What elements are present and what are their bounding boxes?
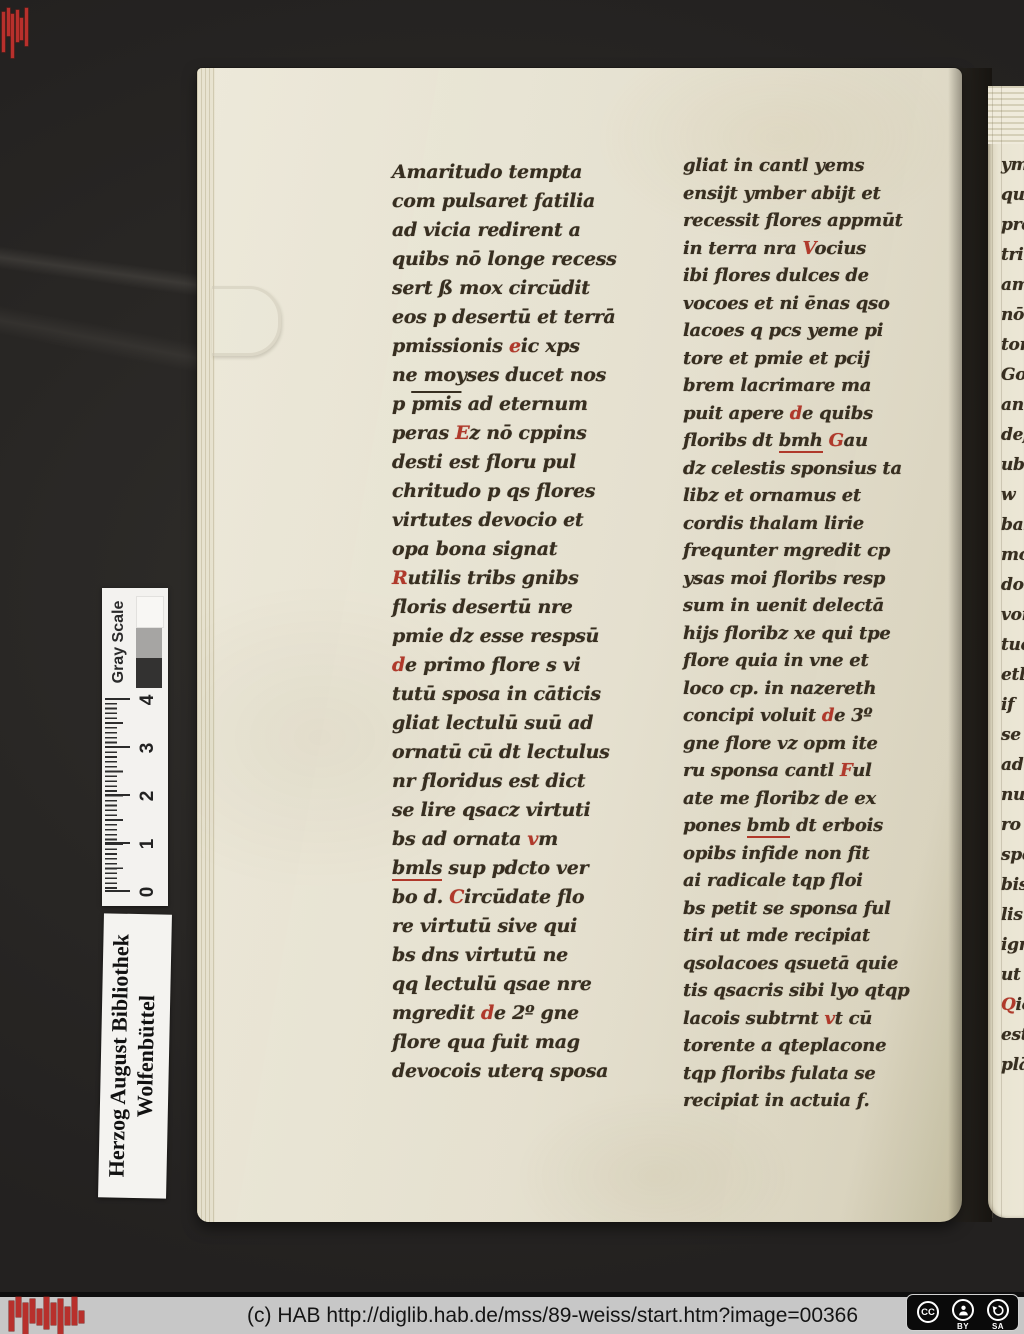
red-underlined-word: bmh bbox=[779, 430, 823, 453]
manuscript-line: bs dns virtutū ne bbox=[392, 941, 664, 970]
manuscript-line: in terra nra Vocius bbox=[683, 235, 955, 263]
manuscript-line: lis bbox=[1001, 900, 1024, 930]
ink-text: tore et pmie et pcij bbox=[683, 348, 870, 369]
ink-text: nō tu bbox=[1001, 305, 1024, 325]
ink-text: com pulsaret fatilia bbox=[392, 190, 595, 212]
gray-scale-patch bbox=[136, 596, 164, 628]
calibration-bar bbox=[2, 12, 5, 52]
manuscript-line: loco cp. in nazereth bbox=[683, 675, 955, 703]
ink-text: qua bbox=[1001, 185, 1024, 205]
ink-text: tqp floribs fulata se bbox=[683, 1063, 876, 1084]
manuscript-line: p pmis ad eternum bbox=[392, 390, 664, 419]
manuscript-line: se lire qsacz virtuti bbox=[392, 796, 664, 825]
manuscript-line: spe bbox=[1001, 840, 1024, 870]
manuscript-line: vocoes et ni ēnas qso bbox=[683, 290, 955, 318]
ink-text: lacois subtrnt bbox=[683, 1008, 824, 1029]
rubric-text: e bbox=[509, 335, 521, 357]
calibration-bar bbox=[44, 1297, 49, 1329]
ink-text: igni bbox=[1001, 935, 1024, 955]
ruler-major-tick bbox=[105, 890, 130, 892]
ruler-number: 2 bbox=[138, 786, 158, 806]
ink-text: ru sponsa cantl bbox=[683, 760, 840, 781]
manuscript-line: est i bbox=[1001, 1020, 1024, 1050]
ink-text: quibs nō longe recess bbox=[392, 248, 617, 270]
calibration-bar bbox=[58, 1299, 63, 1334]
manuscript-line: bmls sup pdcto ver bbox=[392, 854, 664, 883]
ink-text: God bbox=[1001, 365, 1024, 385]
ink-text: bis bbox=[1001, 875, 1024, 895]
manuscript-line: quibs nō longe recess bbox=[392, 245, 664, 274]
ink-text: eos p desertū et terrā bbox=[392, 306, 615, 328]
gray-scale-patches bbox=[136, 596, 162, 688]
rubric-text: v bbox=[527, 828, 538, 850]
manuscript-line: etli bbox=[1001, 660, 1024, 690]
manuscript-line: an bbox=[1001, 390, 1024, 420]
ink-text: dz celestis sponsius ta bbox=[683, 458, 902, 479]
manuscript-line: nu bbox=[1001, 780, 1024, 810]
manuscript-line: recessit flores appmūt bbox=[683, 207, 955, 235]
red-underlined-word: bmls bbox=[392, 857, 442, 881]
manuscript-line: w bbox=[1001, 480, 1024, 510]
rubric-text: d bbox=[481, 1002, 494, 1024]
ink-text: ircūdate flo bbox=[464, 886, 584, 908]
manuscript-line: bal bbox=[1001, 510, 1024, 540]
ink-text: libz et ornamus et bbox=[683, 485, 861, 506]
rubric-text: C bbox=[449, 886, 464, 908]
facing-page-edge: ymquapretriamonō tutor fGodandeßubiwbalm… bbox=[988, 86, 1024, 1218]
ink-text: ai radicale tqp floi bbox=[683, 870, 863, 891]
ink-text: desti est floru pul bbox=[392, 451, 576, 473]
manuscript-line: ut se bbox=[1001, 960, 1024, 990]
manuscript-line: de primo flore s vi bbox=[392, 651, 664, 680]
ink-text: amo bbox=[1001, 275, 1024, 295]
ink-text: if bbox=[1001, 695, 1014, 715]
ink-text: gne flore vz opm ite bbox=[683, 733, 878, 754]
ink-text: ubi bbox=[1001, 455, 1024, 475]
ruler-major-tick bbox=[105, 794, 130, 796]
manuscript-line: ym bbox=[1001, 150, 1024, 180]
manuscript-line: desti est floru pul bbox=[392, 448, 664, 477]
manuscript-line: se bbox=[1001, 720, 1024, 750]
manuscript-line: cordis thalam lirie bbox=[683, 510, 955, 538]
ink-text: z nō cppins bbox=[469, 422, 586, 444]
ink-text: mgredit bbox=[392, 1002, 481, 1024]
ink-text: brem lacrimare ma bbox=[683, 375, 871, 396]
rubric-text: Q bbox=[1001, 995, 1016, 1015]
ink-text: torente a qteplacone bbox=[683, 1035, 886, 1056]
ink-text: vocoes et ni ēnas qso bbox=[683, 293, 890, 314]
calibration-bar bbox=[37, 1309, 42, 1325]
calibration-bar bbox=[23, 1303, 28, 1334]
manuscript-line: torente a qteplacone bbox=[683, 1032, 955, 1060]
ink-text: se lire qsacz virtuti bbox=[392, 799, 590, 821]
ink-text: ensijt ymber abijt et bbox=[683, 183, 881, 204]
manuscript-line: Rutilis tribs gnibs bbox=[392, 564, 664, 593]
gray-scale-patch bbox=[136, 658, 162, 688]
manuscript-line: qsolacoes qsuetā quie bbox=[683, 950, 955, 978]
ink-text: flore qua fuit mag bbox=[392, 1031, 580, 1053]
ink-text: ad bbox=[1001, 755, 1023, 775]
manuscript-line: puit apere de quibs bbox=[683, 400, 955, 428]
gray-scale-title: Gray Scale bbox=[110, 596, 130, 688]
ink-text: cordis thalam lirie bbox=[683, 513, 864, 534]
manuscript-line: qq lectulū qsae nre bbox=[392, 970, 664, 999]
rubric-text: G bbox=[829, 430, 844, 451]
ink-text: Amaritudo tempta bbox=[392, 161, 582, 183]
by-label: BY bbox=[952, 1322, 974, 1331]
ink-text: do bbox=[1001, 575, 1024, 595]
ink-text: gliat in cantl yems bbox=[683, 155, 864, 176]
manuscript-line: tutū sposa in cāticis bbox=[392, 680, 664, 709]
manuscript-line: re virtutū sive qui bbox=[392, 912, 664, 941]
scan-background: Amaritudo temptacom pulsaret fatiliaad v… bbox=[0, 0, 1024, 1334]
calibration-bar bbox=[72, 1297, 77, 1325]
manuscript-line: ubi bbox=[1001, 450, 1024, 480]
manuscript-line: ru sponsa cantl Ful bbox=[683, 757, 955, 785]
manuscript-line: mgredit de 2º gne bbox=[392, 999, 664, 1028]
library-label-card: Herzog August Bibliothek Wolfenbüttel bbox=[98, 913, 172, 1198]
manuscript-line: ad bbox=[1001, 750, 1024, 780]
ink-text: ate me floribz de ex bbox=[683, 788, 876, 809]
ink-text: bo d. bbox=[392, 886, 449, 908]
ink-text: loco cp. in nazereth bbox=[683, 678, 876, 699]
manuscript-line: frequnter mgredit cp bbox=[683, 537, 955, 565]
circular-arrow-glyph bbox=[992, 1304, 1005, 1317]
manuscript-line: pones bmb dt erbois bbox=[683, 812, 955, 840]
manuscript-line: hijs floribz xe qui tpe bbox=[683, 620, 955, 648]
manuscript-line: amo bbox=[1001, 270, 1024, 300]
ruler-number: 0 bbox=[138, 882, 158, 902]
ink-text: au bbox=[844, 430, 868, 451]
facing-page-text-column: ymquapretriamonō tutor fGodandeßubiwbalm… bbox=[1001, 150, 1024, 1080]
ink-text: tutū sposa in cāticis bbox=[392, 683, 601, 705]
calibration-bar bbox=[30, 1299, 35, 1323]
ink-text: frequnter mgredit cp bbox=[683, 540, 890, 561]
manuscript-line: ad vicia redirent a bbox=[392, 216, 664, 245]
calibration-bar bbox=[11, 14, 14, 58]
ink-text: ocius bbox=[814, 238, 866, 259]
rubric-text: d bbox=[790, 403, 802, 424]
ink-text: pre bbox=[1001, 215, 1024, 235]
manuscript-line: Amaritudo tempta bbox=[392, 158, 664, 187]
manuscript-line: lacoes q pcs yeme pi bbox=[683, 317, 955, 345]
manuscript-line: mo bbox=[1001, 540, 1024, 570]
ink-text: qsolacoes qsuetā quie bbox=[683, 953, 898, 974]
ink-text: deß bbox=[1001, 425, 1024, 445]
ink-text: pmie dz esse respsū bbox=[392, 625, 599, 647]
rubric-text: R bbox=[392, 567, 408, 589]
book-gutter-shadow bbox=[948, 68, 992, 1222]
manuscript-line: bs petit se sponsa ful bbox=[683, 895, 955, 923]
ink-text: ic xps bbox=[521, 335, 580, 357]
manuscript-line: opa bona signat bbox=[392, 535, 664, 564]
manuscript-line: plāc bbox=[1001, 1050, 1024, 1080]
calibration-bar bbox=[16, 1297, 21, 1317]
manuscript-line: devocois uterq sposa bbox=[392, 1057, 664, 1086]
manuscript-line: ensijt ymber abijt et bbox=[683, 180, 955, 208]
ink-text: bal bbox=[1001, 515, 1024, 535]
manuscript-line: concipi voluit de 3º bbox=[683, 702, 955, 730]
rubric-text: F bbox=[840, 760, 852, 781]
ink-text: in terra nra bbox=[683, 238, 802, 259]
attribution-person-icon bbox=[952, 1299, 974, 1321]
manuscript-line: dz celestis sponsius ta bbox=[683, 455, 955, 483]
manuscript-line: God bbox=[1001, 360, 1024, 390]
manuscript-line: recipiat in actuia f. bbox=[683, 1087, 955, 1115]
share-alike-arrow-icon bbox=[987, 1299, 1009, 1321]
ink-text: qq lectulū qsae nre bbox=[392, 973, 592, 995]
manuscript-line: bo d. Circūdate flo bbox=[392, 883, 664, 912]
ink-text: m bbox=[538, 828, 558, 850]
copyright-text: (c) HAB http://diglib.hab.de/mss/89-weis… bbox=[247, 1304, 858, 1328]
ink-text: e primo flore s vi bbox=[405, 654, 581, 676]
ink-text: ym bbox=[1001, 155, 1024, 175]
ink-text: puit apere bbox=[683, 403, 790, 424]
ink-text: opa bona signat bbox=[392, 538, 557, 560]
calibration-bar bbox=[7, 8, 10, 36]
ink-text: tor f bbox=[1001, 335, 1024, 355]
manuscript-line: bs ad ornata vm bbox=[392, 825, 664, 854]
manuscript-line: gne flore vz opm ite bbox=[683, 730, 955, 758]
manuscript-line: Qiō bbox=[1001, 990, 1024, 1020]
ink-text: ad vicia redirent a bbox=[392, 219, 581, 241]
manuscript-line: com pulsaret fatilia bbox=[392, 187, 664, 216]
ink-text: ad eternum bbox=[461, 393, 587, 415]
rubric-text: d bbox=[392, 654, 405, 676]
ink-text: ne moyses ducet nos bbox=[392, 364, 606, 386]
calibration-mark-bottom bbox=[9, 1297, 86, 1334]
manuscript-line: ysas moi floribs resp bbox=[683, 565, 955, 593]
manuscript-line: gliat in cantl yems bbox=[683, 152, 955, 180]
ink-text: pmissionis bbox=[392, 335, 509, 357]
ink-text: tri bbox=[1001, 245, 1023, 265]
manuscript-line: nō tu bbox=[1001, 300, 1024, 330]
ink-text: bs dns virtutū ne bbox=[392, 944, 568, 966]
manuscript-line: eos p desertū et terrā bbox=[392, 303, 664, 332]
cc-icon-label: CC bbox=[921, 1307, 935, 1318]
ink-text: se bbox=[1001, 725, 1021, 745]
manuscript-line: brem lacrimare ma bbox=[683, 372, 955, 400]
manuscript-line: lacois subtrnt vt cū bbox=[683, 1005, 955, 1033]
ink-text: sup pdcto ver bbox=[442, 857, 588, 879]
manuscript-line: floris desertū nre bbox=[392, 593, 664, 622]
ink-text: recipiat in actuia f. bbox=[683, 1090, 869, 1111]
ink-text: plāc bbox=[1001, 1055, 1024, 1075]
ink-text: tis qsacris sibi lyo qtqp bbox=[683, 980, 909, 1001]
manuscript-line: tis qsacris sibi lyo qtqp bbox=[683, 977, 955, 1005]
manuscript-line: sert ß mox circūdit bbox=[392, 274, 664, 303]
ink-text: concipi voluit bbox=[683, 705, 822, 726]
calibration-bar bbox=[51, 1303, 56, 1325]
ink-text: ro bbox=[1001, 815, 1021, 835]
ink-text: flore quia in vne et bbox=[683, 650, 868, 671]
manuscript-line: chritudo p qs flores bbox=[392, 477, 664, 506]
manuscript-line: tor f bbox=[1001, 330, 1024, 360]
red-underlined-word: bmb bbox=[747, 815, 790, 838]
ink-text: peras bbox=[392, 422, 455, 444]
ink-text: w bbox=[1001, 485, 1015, 505]
manuscript-line: flore quia in vne et bbox=[683, 647, 955, 675]
ink-text: tue bbox=[1001, 635, 1024, 655]
ink-text: iō bbox=[1016, 995, 1024, 1015]
manuscript-line: tue bbox=[1001, 630, 1024, 660]
ink-text: floribs dt bbox=[683, 430, 779, 451]
manuscript-line: pmissionis eic xps bbox=[392, 332, 664, 361]
manuscript-line: ate me floribz de ex bbox=[683, 785, 955, 813]
ink-text: t cū bbox=[835, 1008, 872, 1029]
page-holder-clip bbox=[212, 286, 281, 356]
ink-text: hijs floribz xe qui tpe bbox=[683, 623, 891, 644]
manuscript-line: opibs infide non fit bbox=[683, 840, 955, 868]
manuscript-line: pre bbox=[1001, 210, 1024, 240]
ink-text: virtutes devocio et bbox=[392, 509, 583, 531]
ink-text: tiri ut mde recipiat bbox=[683, 925, 870, 946]
gray-scale-card: Gray Scale 43210 bbox=[102, 588, 168, 906]
ink-text: nr floridus est dict bbox=[392, 770, 585, 792]
ink-text: e 3º bbox=[834, 705, 872, 726]
manuscript-line: tqp floribs fulata se bbox=[683, 1060, 955, 1088]
rubric-text: E bbox=[455, 422, 469, 444]
library-label-text: Herzog August Bibliothek Wolfenbüttel bbox=[102, 915, 168, 1196]
manuscript-line: gliat lectulū suū ad bbox=[392, 709, 664, 738]
ink-text: e quibs bbox=[802, 403, 873, 424]
glass-reflection-streak bbox=[0, 224, 224, 325]
calibration-bar bbox=[79, 1311, 84, 1323]
manuscript-line: do bbox=[1001, 570, 1024, 600]
calibration-mark-top bbox=[2, 8, 29, 58]
ruler-major-tick bbox=[105, 698, 130, 700]
left-text-column: Amaritudo temptacom pulsaret fatiliaad v… bbox=[392, 158, 664, 1086]
leaf-edge-stack bbox=[197, 68, 215, 1222]
manuscript-line: ro bbox=[1001, 810, 1024, 840]
manuscript-line: sum in uenit delectā bbox=[683, 592, 955, 620]
manuscript-line: ibi flores dulces de bbox=[683, 262, 955, 290]
manuscript-line: nr floridus est dict bbox=[392, 767, 664, 796]
ink-text: utilis tribs gnibs bbox=[408, 567, 579, 589]
manuscript-line: igni bbox=[1001, 930, 1024, 960]
manuscript-line: pmie dz esse respsū bbox=[392, 622, 664, 651]
ink-text: e 2º gne bbox=[494, 1002, 579, 1024]
ink-text: spe bbox=[1001, 845, 1024, 865]
rubric-text: V bbox=[802, 238, 814, 259]
manuscript-line: if bbox=[1001, 690, 1024, 720]
ink-text: lacoes q pcs yeme pi bbox=[683, 320, 883, 341]
manuscript-line: tri bbox=[1001, 240, 1024, 270]
ink-text: dt erbois bbox=[790, 815, 883, 836]
calibration-bar bbox=[65, 1307, 70, 1325]
manuscript-line: ornatū cū dt lectulus bbox=[392, 738, 664, 767]
ink-text: chritudo p qs flores bbox=[392, 480, 595, 502]
ink-text: devocois uterq sposa bbox=[392, 1060, 608, 1082]
ink-text: an bbox=[1001, 395, 1024, 415]
calibration-bar bbox=[20, 18, 23, 40]
manuscript-line: ai radicale tqp floi bbox=[683, 867, 955, 895]
calibration-bar bbox=[25, 8, 28, 46]
ruler-number: 3 bbox=[138, 738, 158, 758]
ink-text: von bbox=[1001, 605, 1024, 625]
ink-text: etli bbox=[1001, 665, 1024, 685]
ink-text: pmis bbox=[411, 393, 461, 415]
ink-text: sert ß mox circūdit bbox=[392, 277, 590, 299]
ruler-major-tick bbox=[105, 746, 130, 748]
ink-text: mo bbox=[1001, 545, 1024, 565]
ink-text: floris desertū nre bbox=[392, 596, 573, 618]
ink-text: bs ad ornata bbox=[392, 828, 527, 850]
cc-icon: CC bbox=[917, 1301, 939, 1323]
ink-text: bs petit se sponsa ful bbox=[683, 898, 891, 919]
ink-text: ysas moi floribs resp bbox=[683, 568, 885, 589]
ink-text: lis bbox=[1001, 905, 1023, 925]
manuscript-line: virtutes devocio et bbox=[392, 506, 664, 535]
manuscript-line: flore qua fuit mag bbox=[392, 1028, 664, 1057]
ruler-major-tick bbox=[105, 842, 130, 844]
ink-text: opibs infide non fit bbox=[683, 843, 870, 864]
manuscript-line: peras Ez nō cppins bbox=[392, 419, 664, 448]
ruler-number: 4 bbox=[138, 690, 158, 710]
ink-text: ut se bbox=[1001, 965, 1024, 985]
manuscript-line: von bbox=[1001, 600, 1024, 630]
rubric-text: d bbox=[822, 705, 834, 726]
manuscript-line: libz et ornamus et bbox=[683, 482, 955, 510]
copyright-bar: (c) HAB http://diglib.hab.de/mss/89-weis… bbox=[0, 1292, 1024, 1334]
ink-text: re virtutū sive qui bbox=[392, 915, 577, 937]
right-text-column: gliat in cantl yemsensijt ymber abijt et… bbox=[683, 152, 955, 1115]
manuscript-line: qua bbox=[1001, 180, 1024, 210]
person-glyph bbox=[957, 1304, 970, 1317]
calibration-bar bbox=[16, 10, 19, 42]
cc-license-badge: CC BY SA bbox=[906, 1294, 1019, 1331]
ink-text: ul bbox=[852, 760, 871, 781]
ruler-number: 1 bbox=[138, 834, 158, 854]
ink-text: gliat lectulū suū ad bbox=[392, 712, 593, 734]
scale-ruler: 43210 bbox=[102, 690, 168, 906]
sa-label: SA bbox=[987, 1322, 1009, 1331]
manuscript-line: bis bbox=[1001, 870, 1024, 900]
ink-text: pones bbox=[683, 815, 747, 836]
calibration-bar bbox=[9, 1301, 14, 1331]
ink-text: est i bbox=[1001, 1025, 1024, 1045]
manuscript-line: ne moyses ducet nos bbox=[392, 361, 664, 390]
manuscript-line: deß bbox=[1001, 420, 1024, 450]
ink-text: sum in uenit delectā bbox=[683, 595, 884, 616]
ink-text: p bbox=[392, 393, 411, 415]
manuscript-line: tore et pmie et pcij bbox=[683, 345, 955, 373]
gray-scale-patch bbox=[136, 628, 162, 658]
ink-text: recessit flores appmūt bbox=[683, 210, 903, 231]
ink-text: nu bbox=[1001, 785, 1024, 805]
manuscript-line: tiri ut mde recipiat bbox=[683, 922, 955, 950]
rubric-text: v bbox=[824, 1008, 834, 1029]
manuscript-line: floribs dt bmh Gau bbox=[683, 427, 955, 455]
ink-text: ornatū cū dt lectulus bbox=[392, 741, 610, 763]
ink-text: ibi flores dulces de bbox=[683, 265, 869, 286]
